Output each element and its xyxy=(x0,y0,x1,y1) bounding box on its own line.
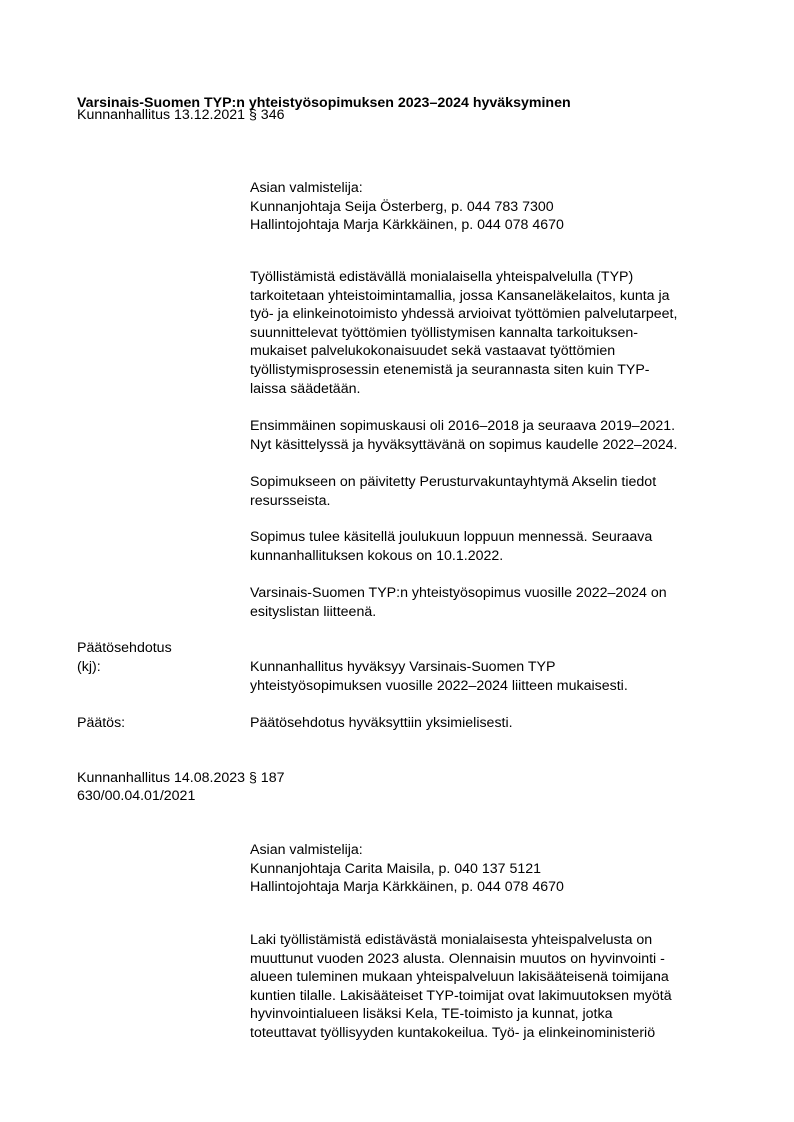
text-line: mukaiset palvelukokonaisuudet sekä vasta… xyxy=(250,342,677,361)
preparer-line: Hallintojohtaja Marja Kärkkäinen, p. 044… xyxy=(250,216,564,235)
text-line: kunnanhallituksen kokous on 10.1.2022. xyxy=(250,547,652,566)
proposal-label: Päätösehdotus xyxy=(77,639,172,658)
meeting2-preparer: Asian valmistelija: Kunnanjohtaja Carita… xyxy=(250,841,564,897)
text-line: työllistymisprosessin etenemistä ja seur… xyxy=(250,361,677,380)
meeting2-paragraph: Laki työllistämistä edistävästä monialai… xyxy=(250,931,672,1043)
proposal-text: Kunnanhallitus hyväksyy Varsinais-Suomen… xyxy=(250,658,628,695)
text-line: suunnittelevat työttömien työllistymisen… xyxy=(250,324,677,343)
document-page: Varsinais-Suomen TYP:n yhteistyösopimuks… xyxy=(0,0,794,1122)
meeting1-paragraph: Sopimus tulee käsitellä joulukuun loppuu… xyxy=(250,528,652,565)
preparer-line: Kunnanjohtaja Seija Österberg, p. 044 78… xyxy=(250,198,564,217)
text-line: Varsinais-Suomen TYP:n yhteistyösopimus … xyxy=(250,584,667,603)
meeting1-paragraph: Työllistämistä edistävällä monialaisella… xyxy=(250,268,677,398)
text-line: Työllistämistä edistävällä monialaisella… xyxy=(250,268,677,287)
preparer-line: Hallintojohtaja Marja Kärkkäinen, p. 044… xyxy=(250,878,564,897)
text-line: Ensimmäinen sopimuskausi oli 2016–2018 j… xyxy=(250,417,677,436)
text-line: yhteistyösopimuksen vuosille 2022–2024 l… xyxy=(250,677,628,696)
proposal-label-kj: (kj): xyxy=(77,658,101,677)
meeting1-paragraph: Varsinais-Suomen TYP:n yhteistyösopimus … xyxy=(250,584,667,621)
text-line: toteuttavat työllisyyden kuntakokeilua. … xyxy=(250,1024,672,1043)
preparer-label: Asian valmistelija: xyxy=(250,841,564,860)
meeting1-paragraph: Ensimmäinen sopimuskausi oli 2016–2018 j… xyxy=(250,417,677,454)
decision-text: Päätösehdotus hyväksyttiin yksimielisest… xyxy=(250,714,513,733)
meeting2-header: Kunnanhallitus 14.08.2023 § 187 xyxy=(77,769,284,788)
meeting1-paragraph: Sopimukseen on päivitetty Perusturvakunt… xyxy=(250,473,656,510)
text-line: Sopimus tulee käsitellä joulukuun loppuu… xyxy=(250,528,652,547)
text-line: laissa säädetään. xyxy=(250,380,677,399)
text-line: resursseista. xyxy=(250,492,656,511)
text-line: tarkoitetaan yhteistoimintamallia, jossa… xyxy=(250,287,677,306)
record-number: 630/00.04.01/2021 xyxy=(77,787,195,806)
text-line: työ- ja elinkeinotoimisto yhdessä arvioi… xyxy=(250,305,677,324)
decision-label: Päätös: xyxy=(77,714,125,733)
preparer-line: Kunnanjohtaja Carita Maisila, p. 040 137… xyxy=(250,860,564,879)
text-line: Laki työllistämistä edistävästä monialai… xyxy=(250,931,672,950)
text-line: muuttunut vuoden 2023 alusta. Olennaisin… xyxy=(250,950,672,969)
text-line: Sopimukseen on päivitetty Perusturvakunt… xyxy=(250,473,656,492)
text-line: kuntien tilalle. Lakisääteiset TYP-toimi… xyxy=(250,987,672,1006)
text-line: alueen tuleminen mukaan yhteispalveluun … xyxy=(250,968,672,987)
text-line: hyvinvointialueen lisäksi Kela, TE-toimi… xyxy=(250,1005,672,1024)
meeting1-preparer: Asian valmistelija: Kunnanjohtaja Seija … xyxy=(250,179,564,235)
meeting1-header: Kunnanhallitus 13.12.2021 § 346 xyxy=(77,106,284,125)
text-line: Kunnanhallitus hyväksyy Varsinais-Suomen… xyxy=(250,658,628,677)
preparer-label: Asian valmistelija: xyxy=(250,179,564,198)
text-line: Nyt käsittelyssä ja hyväksyttävänä on so… xyxy=(250,436,677,455)
text-line: esityslistan liitteenä. xyxy=(250,603,667,622)
